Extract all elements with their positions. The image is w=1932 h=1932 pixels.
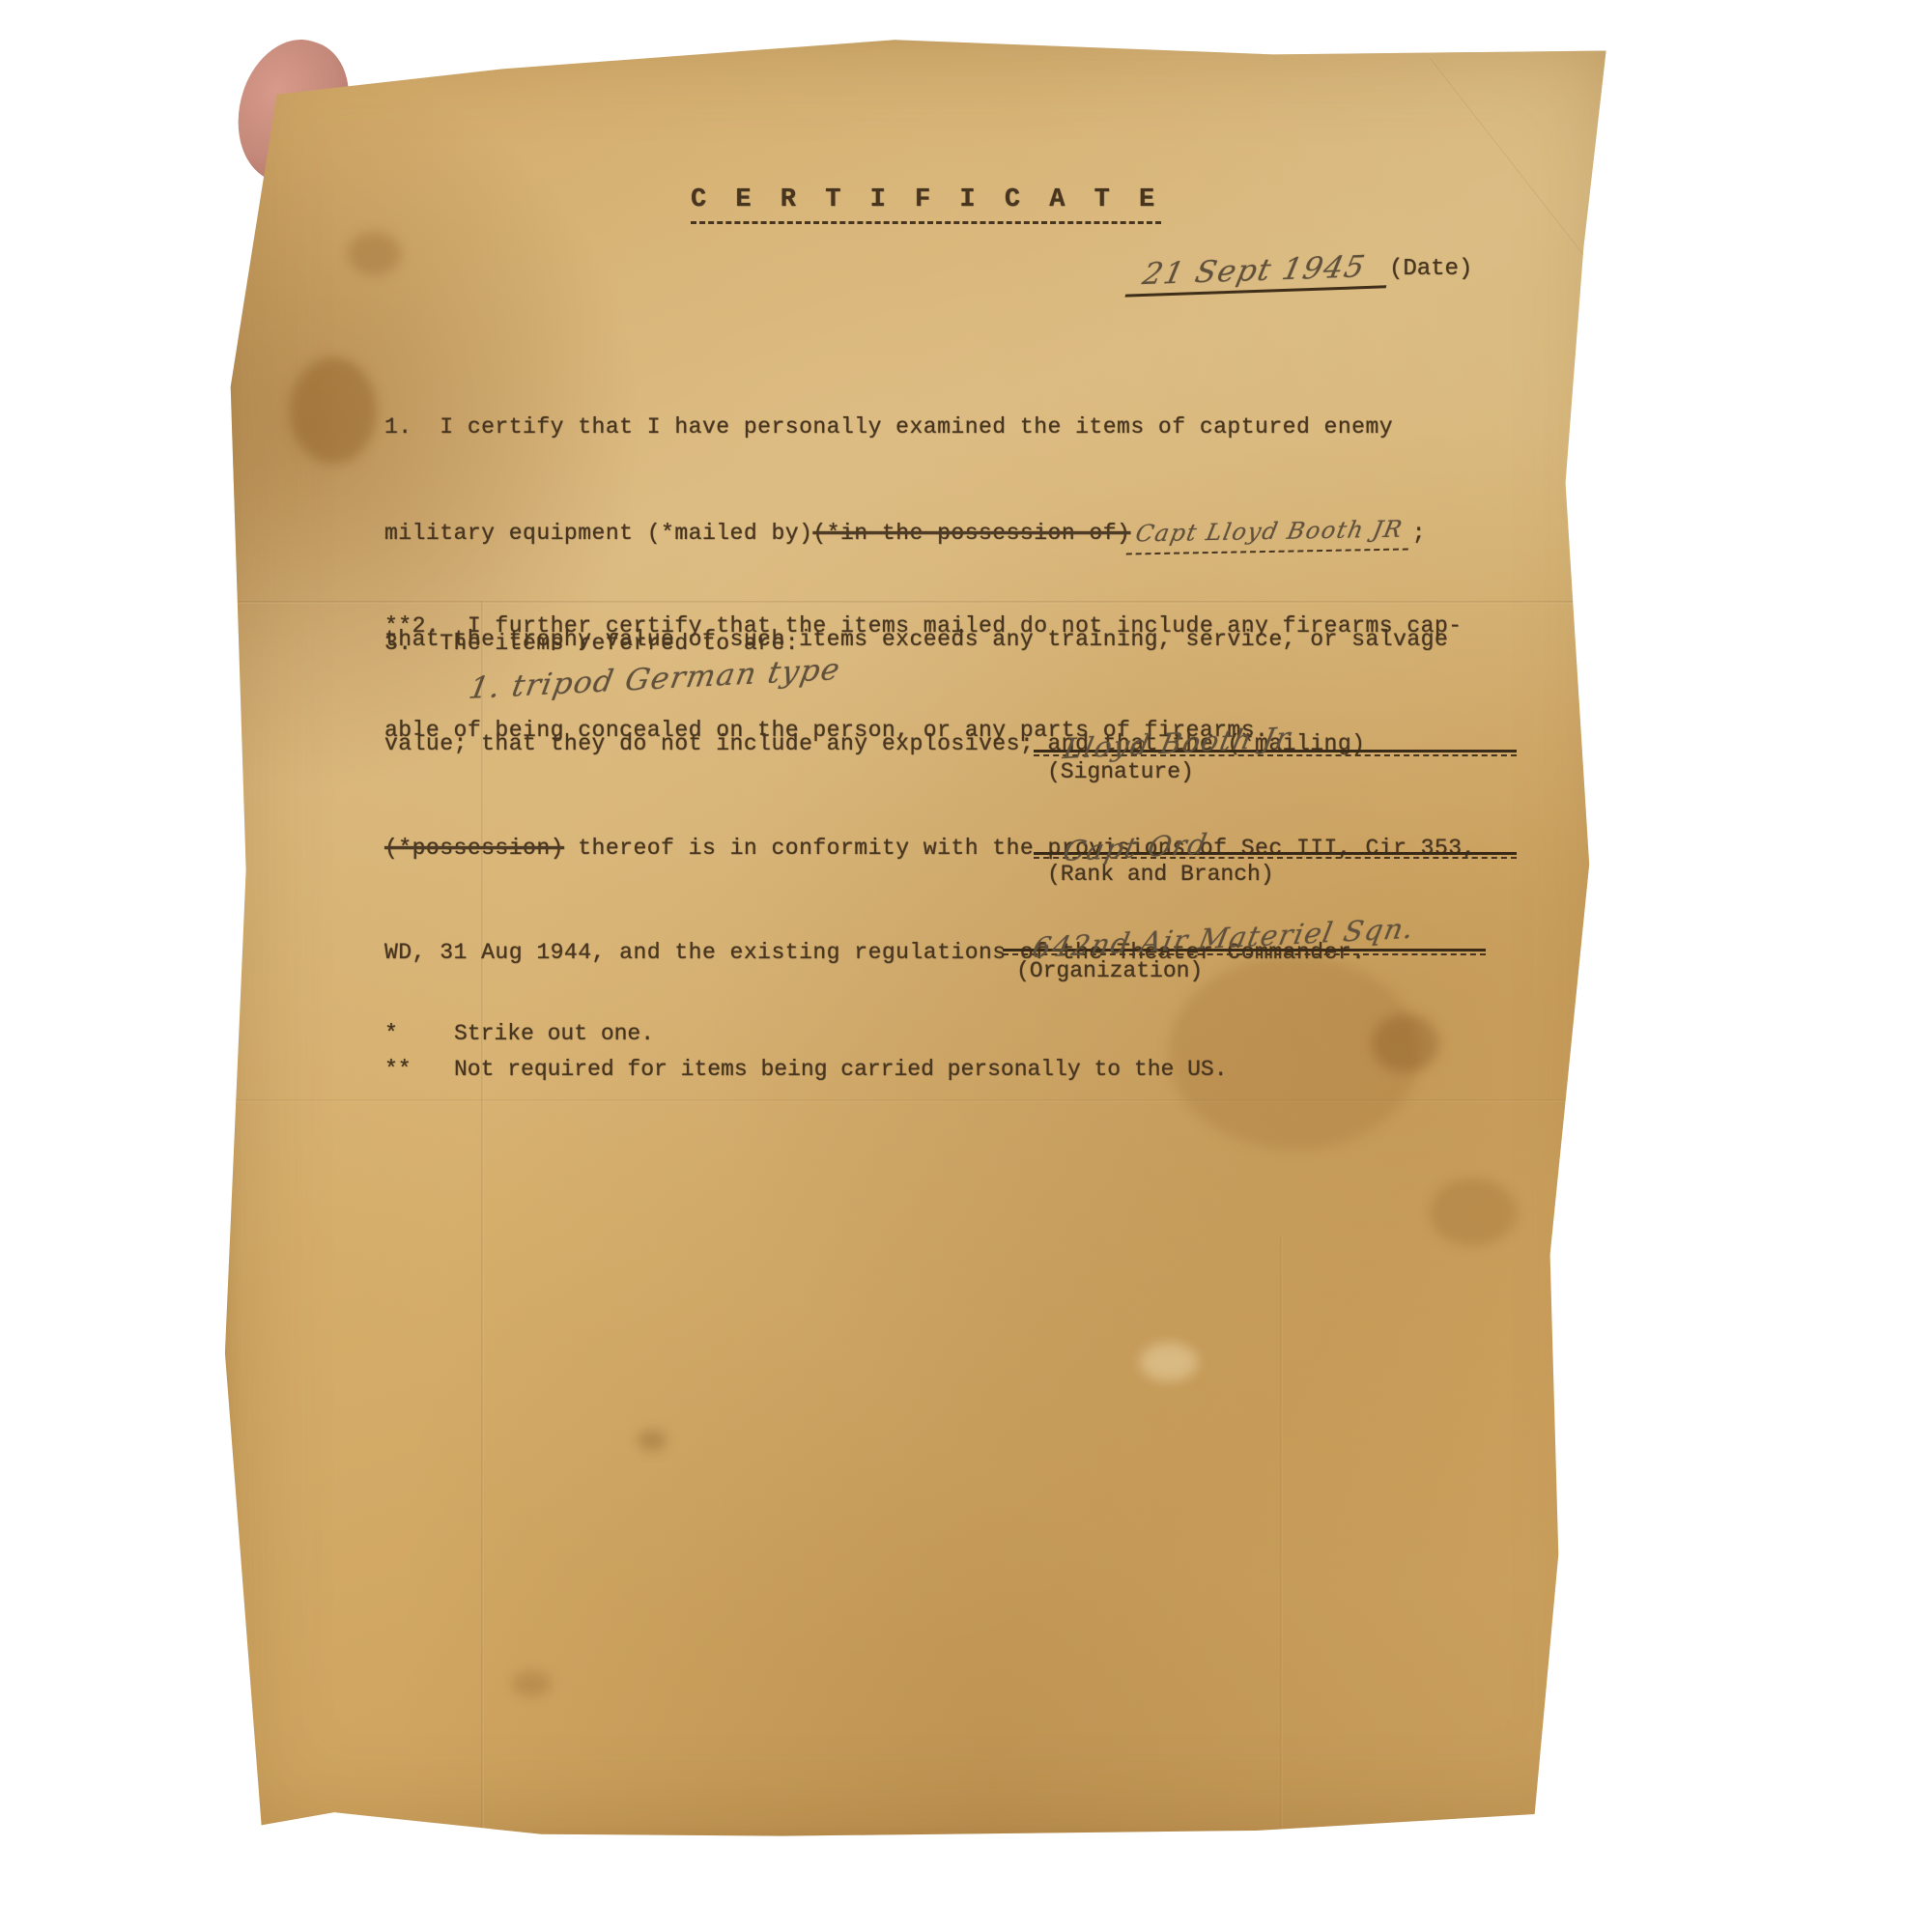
certificate-paper: C E R T I F I C A T E 21 Sept 1945(Date)… (222, 29, 1623, 1845)
paragraph-1-line5-struck: (*possession) (384, 836, 564, 861)
stain (512, 1671, 551, 1696)
footnote-2: ** Not required for items being carried … (384, 1052, 1228, 1088)
date-label: (Date) (1389, 256, 1472, 282)
organization-label: (Organization) (1016, 958, 1486, 983)
date-handwritten: 21 Sept 1945 (1125, 248, 1395, 297)
paragraph-3-label: 3. The items referred to are: (384, 626, 799, 661)
signature-label: (Signature) (1047, 759, 1517, 784)
signature-entry: Lloyd Booth Jr (Signature) (1034, 721, 1517, 784)
footnote-1-text: Strike out one. (454, 1016, 654, 1052)
footnote-1-marker: * (384, 1016, 454, 1052)
footnote-1: * Strike out one. (384, 1016, 1228, 1052)
document-title: C E R T I F I C A T E (691, 185, 1161, 224)
stain (290, 357, 377, 464)
fold-crease (222, 1099, 1623, 1102)
stain (1430, 1179, 1517, 1246)
fold-crease (1280, 1236, 1283, 1845)
paragraph-1-line1: 1. I certify that I have personally exam… (384, 410, 1476, 444)
stain (348, 232, 401, 275)
stain (638, 1430, 667, 1451)
stain (1140, 1343, 1198, 1381)
footnote-2-marker: ** (384, 1052, 454, 1088)
footnote-2-text: Not required for items being carried per… (454, 1052, 1228, 1088)
footnotes: * Strike out one. ** Not required for it… (384, 1016, 1228, 1088)
rank-label: (Rank and Branch) (1047, 862, 1517, 887)
date-line: 21 Sept 1945(Date) (1130, 253, 1472, 293)
rank-entry: Capt Ord (Rank and Branch) (1034, 823, 1517, 887)
photo-backdrop: C E R T I F I C A T E 21 Sept 1945(Date)… (0, 0, 1932, 1932)
organization-entry: 642nd Air Materiel Sqn. (Organization) (1003, 920, 1486, 983)
